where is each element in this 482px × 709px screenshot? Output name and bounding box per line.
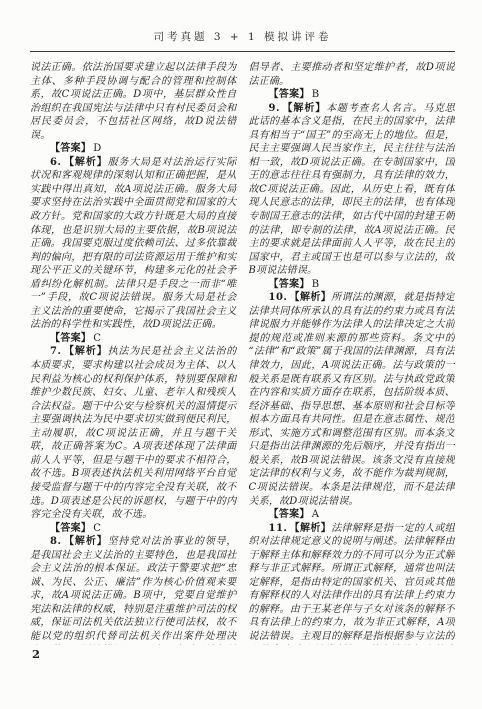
answer-line: 【答案】B bbox=[249, 278, 456, 292]
header-divider bbox=[30, 51, 455, 52]
question-number: 9. bbox=[269, 103, 282, 114]
analysis-label: 【解析】 bbox=[289, 292, 331, 303]
answer-value: A bbox=[310, 509, 319, 520]
analysis-paragraph: 10.【解析】所谓法的渊源，就是指特定法律共同体所承认的具有法的约束力或具有法律… bbox=[249, 291, 456, 508]
answer-line: 【答案】C bbox=[30, 522, 237, 536]
analysis-paragraph: 7.【解析】执法为民是社会主义法治的本质要求，要求构建以社会成员为主体、以人民利… bbox=[30, 345, 237, 521]
analysis-text: 法律解释是指一定的人或组织对法律规定意义的说明与阐述。法律解释由于解释主体和解释… bbox=[249, 523, 456, 645]
question-number: 11. bbox=[269, 523, 290, 534]
page-number: 2 bbox=[32, 647, 455, 661]
answer-value: D bbox=[91, 143, 101, 154]
page-header-title: 司考真题 3 + 1 模拟讲评卷 bbox=[30, 30, 455, 44]
answer-label: 【答案】 bbox=[50, 333, 91, 344]
analysis-paragraph: 8.【解析】坚持党对法治事业的领导，是我国社会主义法治的主要特色，也是我国社会主… bbox=[30, 535, 237, 645]
answer-label: 【答案】 bbox=[269, 89, 310, 100]
answer-label: 【答案】 bbox=[269, 279, 310, 290]
analysis-text: 服务大局是对法治运行实际状况和客观规律的深刻认知和正确把握，是从实践中得出真知，… bbox=[30, 157, 237, 331]
analysis-paragraph: 11.【解析】法律解释是指一定的人或组织对法律规定意义的说明与阐述。法律解释由于… bbox=[249, 522, 456, 645]
answer-value: B bbox=[310, 89, 320, 100]
analysis-label: 【解析】 bbox=[63, 536, 107, 547]
answer-line: 【答案】A bbox=[249, 508, 456, 522]
analysis-label: 【解析】 bbox=[282, 103, 326, 114]
analysis-paragraph: 9.【解析】本题考查名人名言。马克思此话的基本含义是指，在民主的国家中，法律具有… bbox=[249, 102, 456, 278]
answer-label: 【答案】 bbox=[50, 143, 91, 154]
answer-line: 【答案】C bbox=[30, 332, 237, 346]
answer-label: 【答案】 bbox=[269, 509, 310, 520]
continuation-paragraph: 倡导者、主要推动者和坚定维护者，故D项说法正确。 bbox=[249, 61, 456, 88]
answer-line: 【答案】D bbox=[30, 142, 237, 156]
analysis-text: 所谓法的渊源，就是指特定法律共同体所承认的具有法的约束力或具有法律说服力并能够作… bbox=[249, 292, 456, 506]
analysis-label: 【解析】 bbox=[63, 157, 107, 168]
analysis-paragraph: 6.【解析】服务大局是对法治运行实际状况和客观规律的深刻认知和正确把握，是从实践… bbox=[30, 156, 237, 332]
answer-value: C bbox=[91, 523, 101, 534]
answer-value: C bbox=[91, 333, 101, 344]
analysis-text: 坚持党对法治事业的领导，是我国社会主义法治的主要特色，也是我国社会主义法治的根本… bbox=[30, 536, 237, 645]
analysis-text: 执法为民是社会主义法治的本质要求，要求构建以社会成员为主体、以人民利益为核心的权… bbox=[30, 346, 237, 520]
answer-line: 【答案】B bbox=[249, 88, 456, 102]
document-page: 司考真题 3 + 1 模拟讲评卷 说法正确。依法治国要求建立起以法律手段为主体、… bbox=[0, 0, 482, 709]
left-column: 说法正确。依法治国要求建立起以法律手段为主体、多种手段协调与配合的管理和控制体系… bbox=[30, 61, 237, 645]
analysis-text: 本题考查名人名言。马克思此话的基本含义是指，在民主的国家中，法律具有相当于“国王… bbox=[249, 103, 456, 277]
answer-value: B bbox=[310, 279, 320, 290]
continuation-paragraph: 说法正确。依法治国要求建立起以法律手段为主体、多种手段协调与配合的管理和控制体系… bbox=[30, 61, 237, 142]
question-number: 6. bbox=[50, 157, 63, 168]
question-number: 10. bbox=[269, 292, 290, 303]
right-column: 倡导者、主要推动者和坚定维护者，故D项说法正确。 【答案】B 9.【解析】本题考… bbox=[249, 61, 456, 645]
analysis-label: 【解析】 bbox=[63, 346, 107, 357]
question-number: 7. bbox=[50, 346, 63, 357]
two-column-body: 说法正确。依法治国要求建立起以法律手段为主体、多种手段协调与配合的管理和控制体系… bbox=[30, 61, 455, 645]
answer-label: 【答案】 bbox=[50, 523, 91, 534]
question-number: 8. bbox=[50, 536, 63, 547]
analysis-label: 【解析】 bbox=[289, 523, 331, 534]
